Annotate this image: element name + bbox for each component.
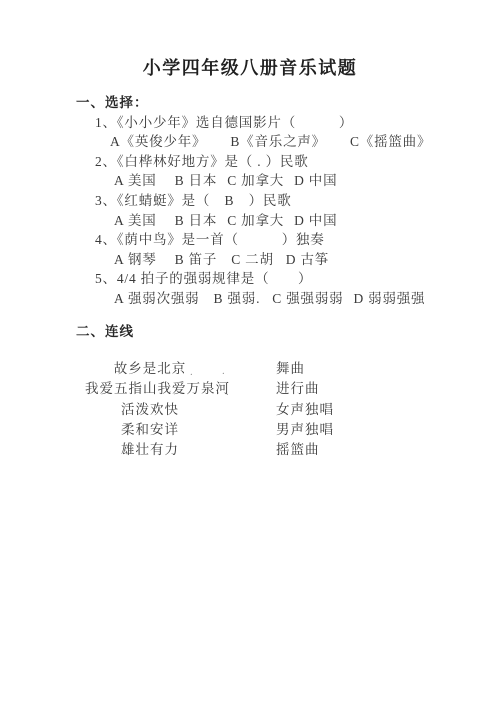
option-c: C 加拿大 xyxy=(227,211,284,231)
option-d: D 弱弱强强 xyxy=(353,289,425,309)
match-left-item: 故乡是北京 xyxy=(85,359,215,379)
match-row: 故乡是北京 舞曲 xyxy=(0,359,500,379)
stray-dot: . xyxy=(222,368,225,374)
option-b: B 强弱. xyxy=(213,289,260,309)
option-c: C 加拿大 xyxy=(227,171,284,191)
match-right-item: 女声独唱 xyxy=(276,400,334,420)
option-d: D 中国 xyxy=(294,211,337,231)
match-right-item: 进行曲 xyxy=(276,379,320,399)
question-2-options: A 美国B 日本C 加拿大D 中国 xyxy=(114,171,500,191)
option-d: D 中国 xyxy=(294,171,337,191)
option-a: A 钢琴 xyxy=(114,250,157,270)
option-c: C 强强弱弱 xyxy=(272,289,343,309)
match-left-item: 雄壮有力 xyxy=(85,440,215,460)
match-left-item: 我爱五指山我爱万泉河 xyxy=(85,379,215,399)
match-row: 柔和安详 男声独唱 xyxy=(0,420,500,440)
option-a: A 美国 xyxy=(114,171,157,191)
question-3: 3、《红蜻蜓》是（ B ）民歌 xyxy=(95,191,500,211)
question-5-options: A 强弱次强弱B 强弱.C 强强弱弱D 弱弱强强 xyxy=(114,289,500,309)
stray-dot: . xyxy=(190,369,193,375)
match-left-item: 活泼欢快 xyxy=(85,400,215,420)
match-row: 雄壮有力 摇篮曲 xyxy=(0,440,500,460)
option-b: B《音乐之声》 xyxy=(230,132,326,152)
option-b: B 笛子 xyxy=(175,250,218,270)
question-4-options: A 钢琴B 笛子C 二胡D 古筝 xyxy=(114,250,500,270)
match-row: 我爱五指山我爱万泉河 进行曲 xyxy=(0,379,500,399)
option-a: A 美国 xyxy=(114,211,157,231)
match-right-item: 舞曲 xyxy=(276,359,305,379)
question-5: 5、4/4 拍子的强弱规律是（ ） xyxy=(95,269,500,289)
match-row: 活泼欢快 女声独唱 xyxy=(0,400,500,420)
option-a: A 强弱次强弱 xyxy=(114,289,199,309)
question-1: 1、《小小少年》选自德国影片（ ） xyxy=(95,113,500,133)
option-b: B 日本 xyxy=(175,171,218,191)
option-a: A《英俊少年》 xyxy=(110,132,206,152)
match-right-item: 摇篮曲 xyxy=(276,440,320,460)
match-left-item: 柔和安详 xyxy=(85,420,215,440)
option-b: B 日本 xyxy=(175,211,218,231)
option-c: C《摇篮曲》 xyxy=(350,132,431,152)
option-c: C 二胡 xyxy=(231,250,274,270)
question-3-options: A 美国B 日本C 加拿大D 中国 xyxy=(114,211,500,231)
option-d: D 古筝 xyxy=(286,250,329,270)
section-heading-choice: 一、选择： xyxy=(76,93,500,113)
question-1-options: A《英俊少年》B《音乐之声》C《摇篮曲》 xyxy=(110,132,500,152)
question-2: 2、《白桦林好地方》是（ . ）民歌 xyxy=(95,152,500,172)
page-title: 小学四年级八册音乐试题 xyxy=(0,0,500,80)
stray-dot: . xyxy=(226,389,229,395)
section-heading-matching: 二、连线 xyxy=(76,322,500,342)
test-paper-page: 小学四年级八册音乐试题 一、选择： 1、《小小少年》选自德国影片（ ） A《英俊… xyxy=(0,0,500,707)
match-right-item: 男声独唱 xyxy=(276,420,334,440)
question-4: 4、《荫中鸟》是一首（ ）独奏 xyxy=(95,230,500,250)
